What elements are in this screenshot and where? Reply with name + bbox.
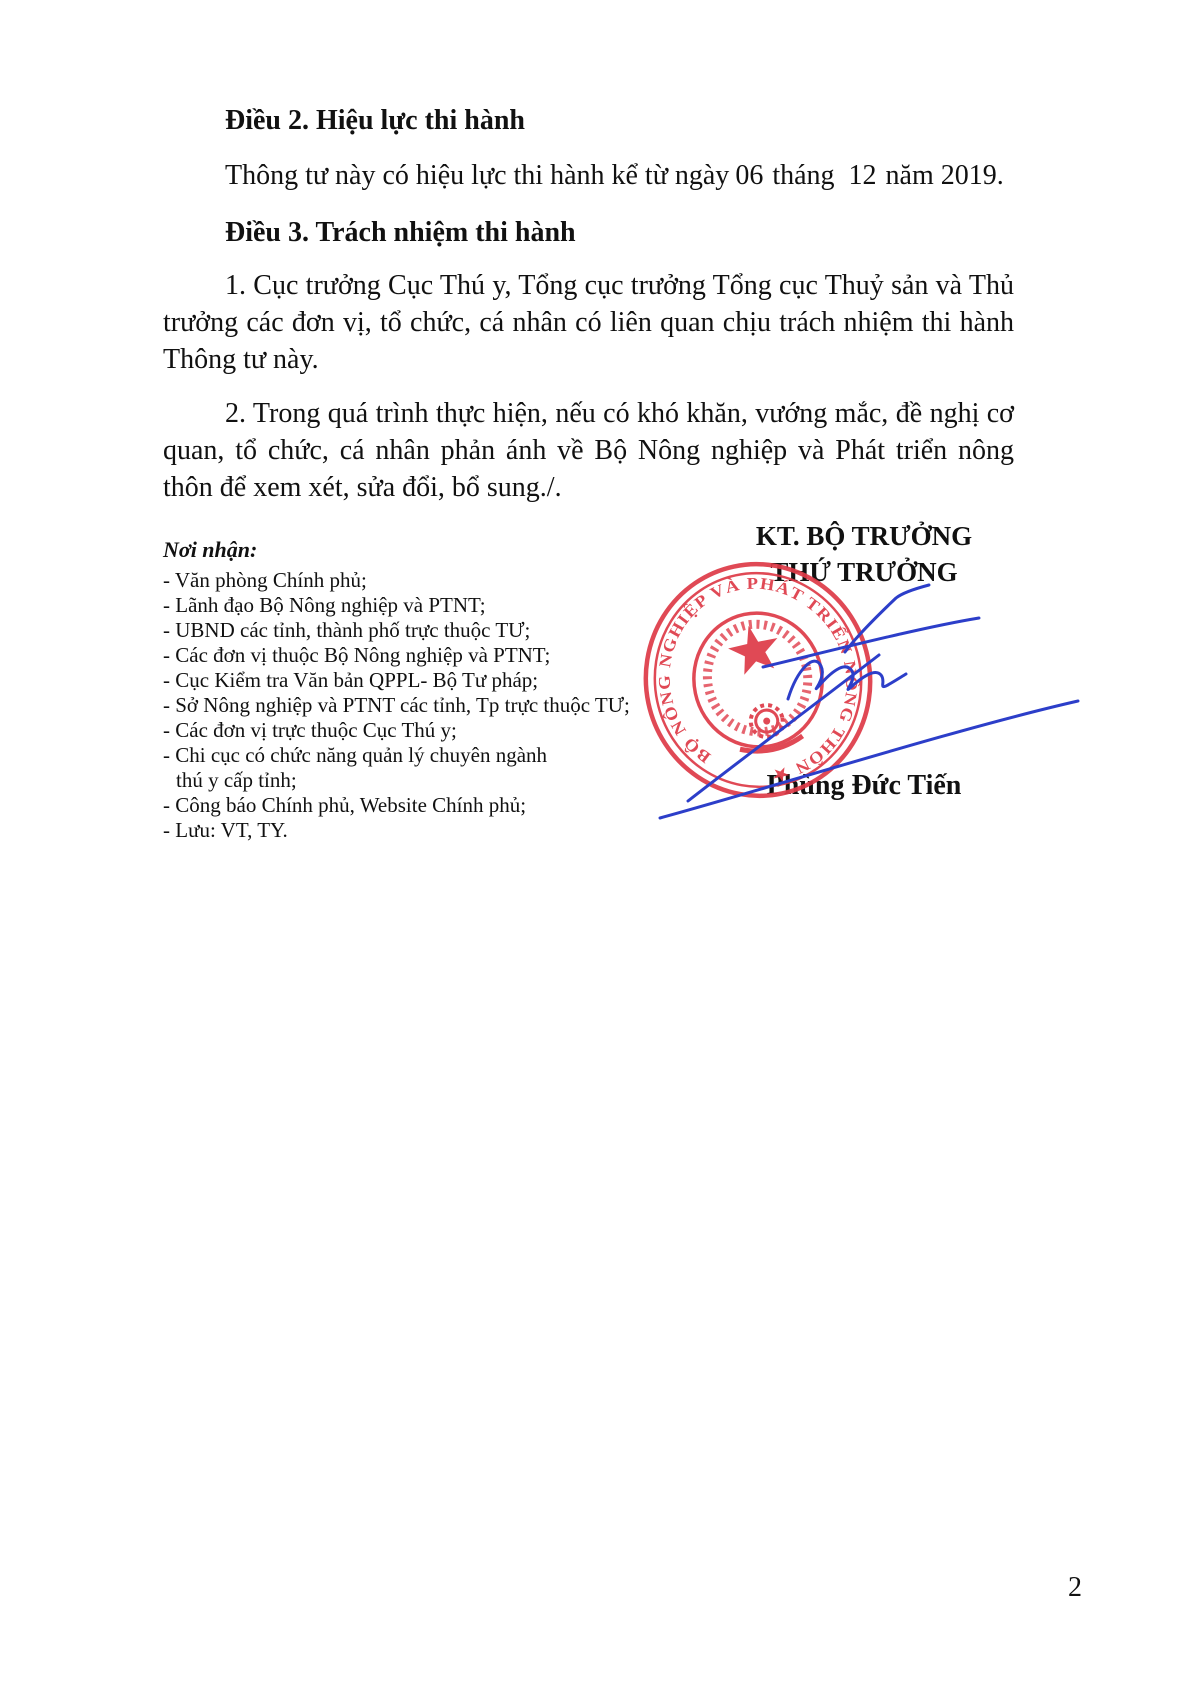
recipient-item: - Công báo Chính phủ, Website Chính phủ; [163,793,683,818]
recipient-item: - Các đơn vị trực thuộc Cục Thú y; [163,718,683,743]
document-body: Điều 2. Hiệu lực thi hành Thông tư này c… [163,101,1014,506]
signer-name: Phùng Đức Tiến [688,770,1040,802]
recipient-item: - Chi cục có chức năng quản lý chuyên ng… [163,743,683,768]
recipient-item: - Cục Kiểm tra Văn bản QPPL- Bộ Tư pháp; [163,668,683,693]
seal-inner-circle [681,601,834,759]
article3-paragraph-2: 2. Trong quá trình thực hiện, nếu có khó… [163,395,1014,506]
emblem-cogwheel-teeth [748,702,786,740]
document-page: Điều 2. Hiệu lực thi hành Thông tư này c… [0,0,1191,1684]
emblem-base-ribbon [740,736,804,756]
nam-year-label: năm 2019. [886,160,1004,191]
signature-stroke [763,618,979,667]
article2-heading: Điều 2. Hiệu lực thi hành [163,101,1014,141]
recipient-item: - Lãnh đạo Bộ Nông nghiệp và PTNT; [163,593,683,618]
signature-title-block: KT. BỘ TRƯỞNG THỨ TRƯỞNG [688,518,1040,590]
signature-stroke [845,585,929,652]
article3-paragraph-1: 1. Cục trưởng Cục Thú y, Tổng cục trưởng… [163,267,1014,378]
recipient-item: - Lưu: VT, TY. [163,818,683,843]
signature-title-line2: THỨ TRƯỞNG [688,554,1040,590]
emblem-cogwheel [754,708,780,734]
recipient-item: - Sở Nông nghiệp và PTNT các tỉnh, Tp tr… [163,693,683,718]
effective-day-value: 06 [735,160,763,191]
national-emblem-star [724,620,783,676]
recipient-item-continuation: thú y cấp tỉnh; [163,768,683,793]
recipients-label: Nơi nhận: [163,536,683,564]
effective-month-value: 12 [849,160,877,191]
effective-date-sentence: Thông tư này có hiệu lực thi hành kể từ … [163,156,1014,196]
signature-stroke [788,661,906,699]
recipients-block: Nơi nhận: - Văn phòng Chính phủ; - Lãnh … [163,536,683,843]
recipient-item: - Các đơn vị thuộc Bộ Nông nghiệp và PTN… [163,643,683,668]
emblem-wreath [697,615,817,741]
emblem-cogwheel-hub [763,717,771,725]
signature-title-line1: KT. BỘ TRƯỞNG [688,518,1040,554]
article3-heading: Điều 3. Trách nhiệm thi hành [163,213,1014,253]
recipient-item: - Văn phòng Chính phủ; [163,568,683,593]
page-number: 2 [1045,1572,1105,1604]
effective-date-prefix: Thông tư này có hiệu lực thi hành kể từ … [225,160,729,191]
recipient-item: - UBND các tỉnh, thành phố trực thuộc TƯ… [163,618,683,643]
thang-label: tháng [772,160,834,191]
